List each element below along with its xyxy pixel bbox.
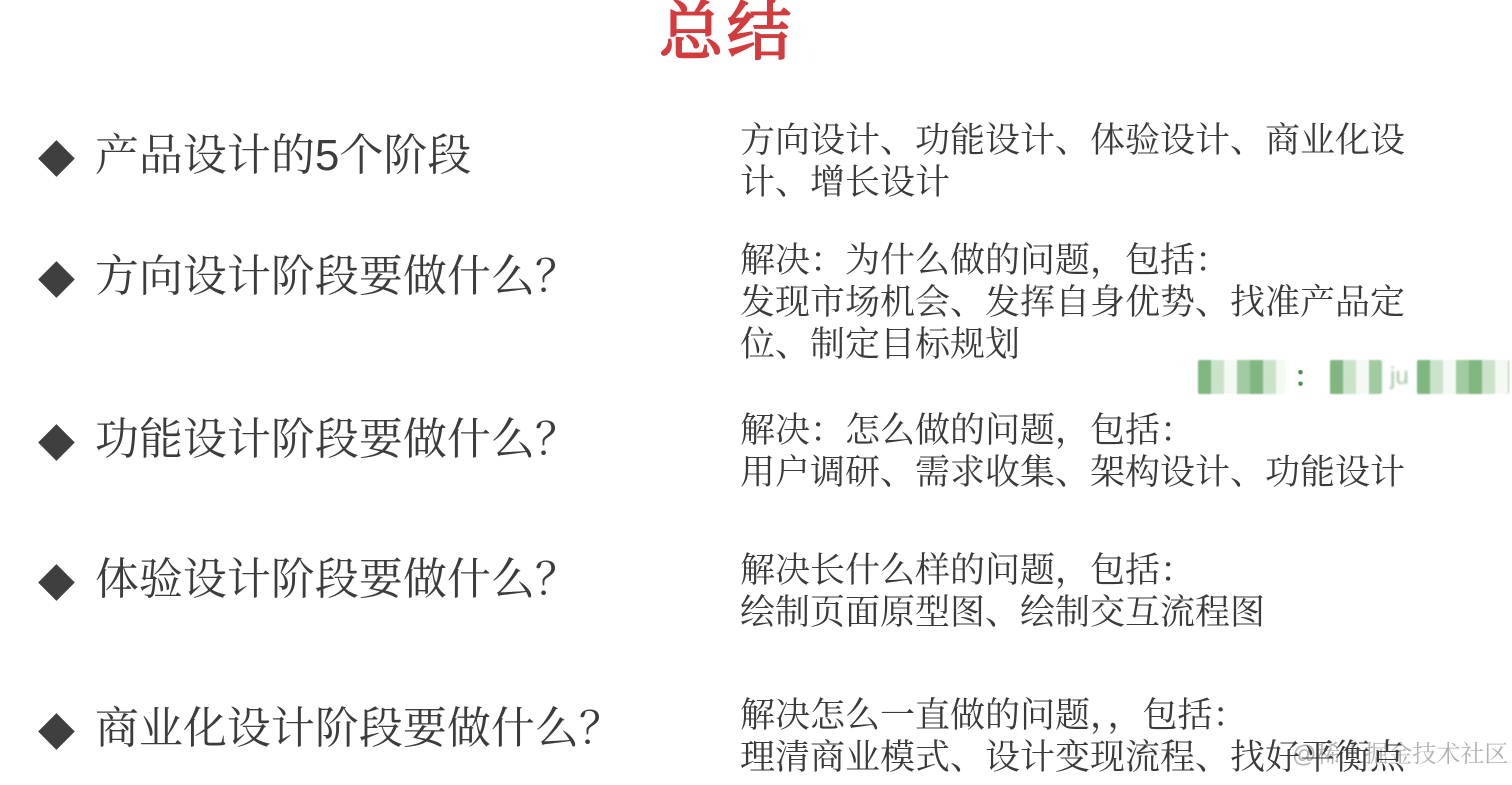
question-row-2: ◆ 方向设计阶段要做什么？ [38, 249, 579, 305]
diamond-bullet-icon: ◆ [38, 412, 75, 468]
answer-block-2: 解决：为什么做的问题，包括： 发现市场机会、发挥自身优势、找准产品定 位、制定目… [740, 240, 1405, 366]
answer-block-1: 方向设计、功能设计、体验设计、商业化设 计、增长设计 [740, 120, 1405, 204]
answer-line: 计、增长设计 [740, 162, 1405, 204]
question-text: 方向设计阶段要做什么？ [95, 249, 579, 305]
answer-block-4: 解决长什么样的问题，包括： 绘制页面原型图、绘制交互流程图 [740, 550, 1265, 634]
answer-line: 用户调研、需求收集、架构设计、功能设计 [740, 452, 1405, 494]
slide-title: 总结 [0, 0, 1454, 68]
answer-line: 解决：怎么做的问题，包括： [740, 410, 1405, 452]
answer-line: 理清商业模式、设计变现流程、找好平衡点 [740, 737, 1405, 779]
question-row-5: ◆ 商业化设计阶段要做什么？ [38, 701, 623, 757]
answer-line: 位、制定目标规划 [740, 324, 1405, 366]
answer-line: 解决：为什么做的问题，包括： [740, 240, 1405, 282]
question-text: 体验设计阶段要做什么？ [95, 552, 579, 608]
diamond-bullet-icon: ◆ [38, 701, 75, 757]
diamond-bullet-icon: ◆ [38, 249, 75, 305]
question-text: 商业化设计阶段要做什么？ [95, 701, 623, 757]
answer-line: 方向设计、功能设计、体验设计、商业化设 [740, 120, 1405, 162]
answer-line: 绘制页面原型图、绘制交互流程图 [740, 592, 1265, 634]
answer-block-3: 解决：怎么做的问题，包括： 用户调研、需求收集、架构设计、功能设计 [740, 410, 1405, 494]
question-text: 产品设计的5个阶段 [95, 128, 471, 184]
mosaic-block [1417, 360, 1509, 394]
summary-slide: 总结 ◆ 产品设计的5个阶段 方向设计、功能设计、体验设计、商业化设 计、增长设… [0, 0, 1512, 785]
question-row-1: ◆ 产品设计的5个阶段 [38, 128, 471, 184]
question-row-3: ◆ 功能设计阶段要做什么？ [38, 412, 579, 468]
answer-block-5: 解决怎么一直做的问题，，包括： 理清商业模式、设计变现流程、找好平衡点 [740, 695, 1405, 779]
answer-line: 解决长什么样的问题，包括： [740, 550, 1265, 592]
question-row-4: ◆ 体验设计阶段要做什么？ [38, 552, 579, 608]
answer-line: 解决怎么一直做的问题，，包括： [740, 695, 1405, 737]
question-text: 功能设计阶段要做什么？ [95, 412, 579, 468]
answer-line: 发现市场机会、发挥自身优势、找准产品定 [740, 282, 1405, 324]
diamond-bullet-icon: ◆ [38, 128, 75, 184]
diamond-bullet-icon: ◆ [38, 552, 75, 608]
